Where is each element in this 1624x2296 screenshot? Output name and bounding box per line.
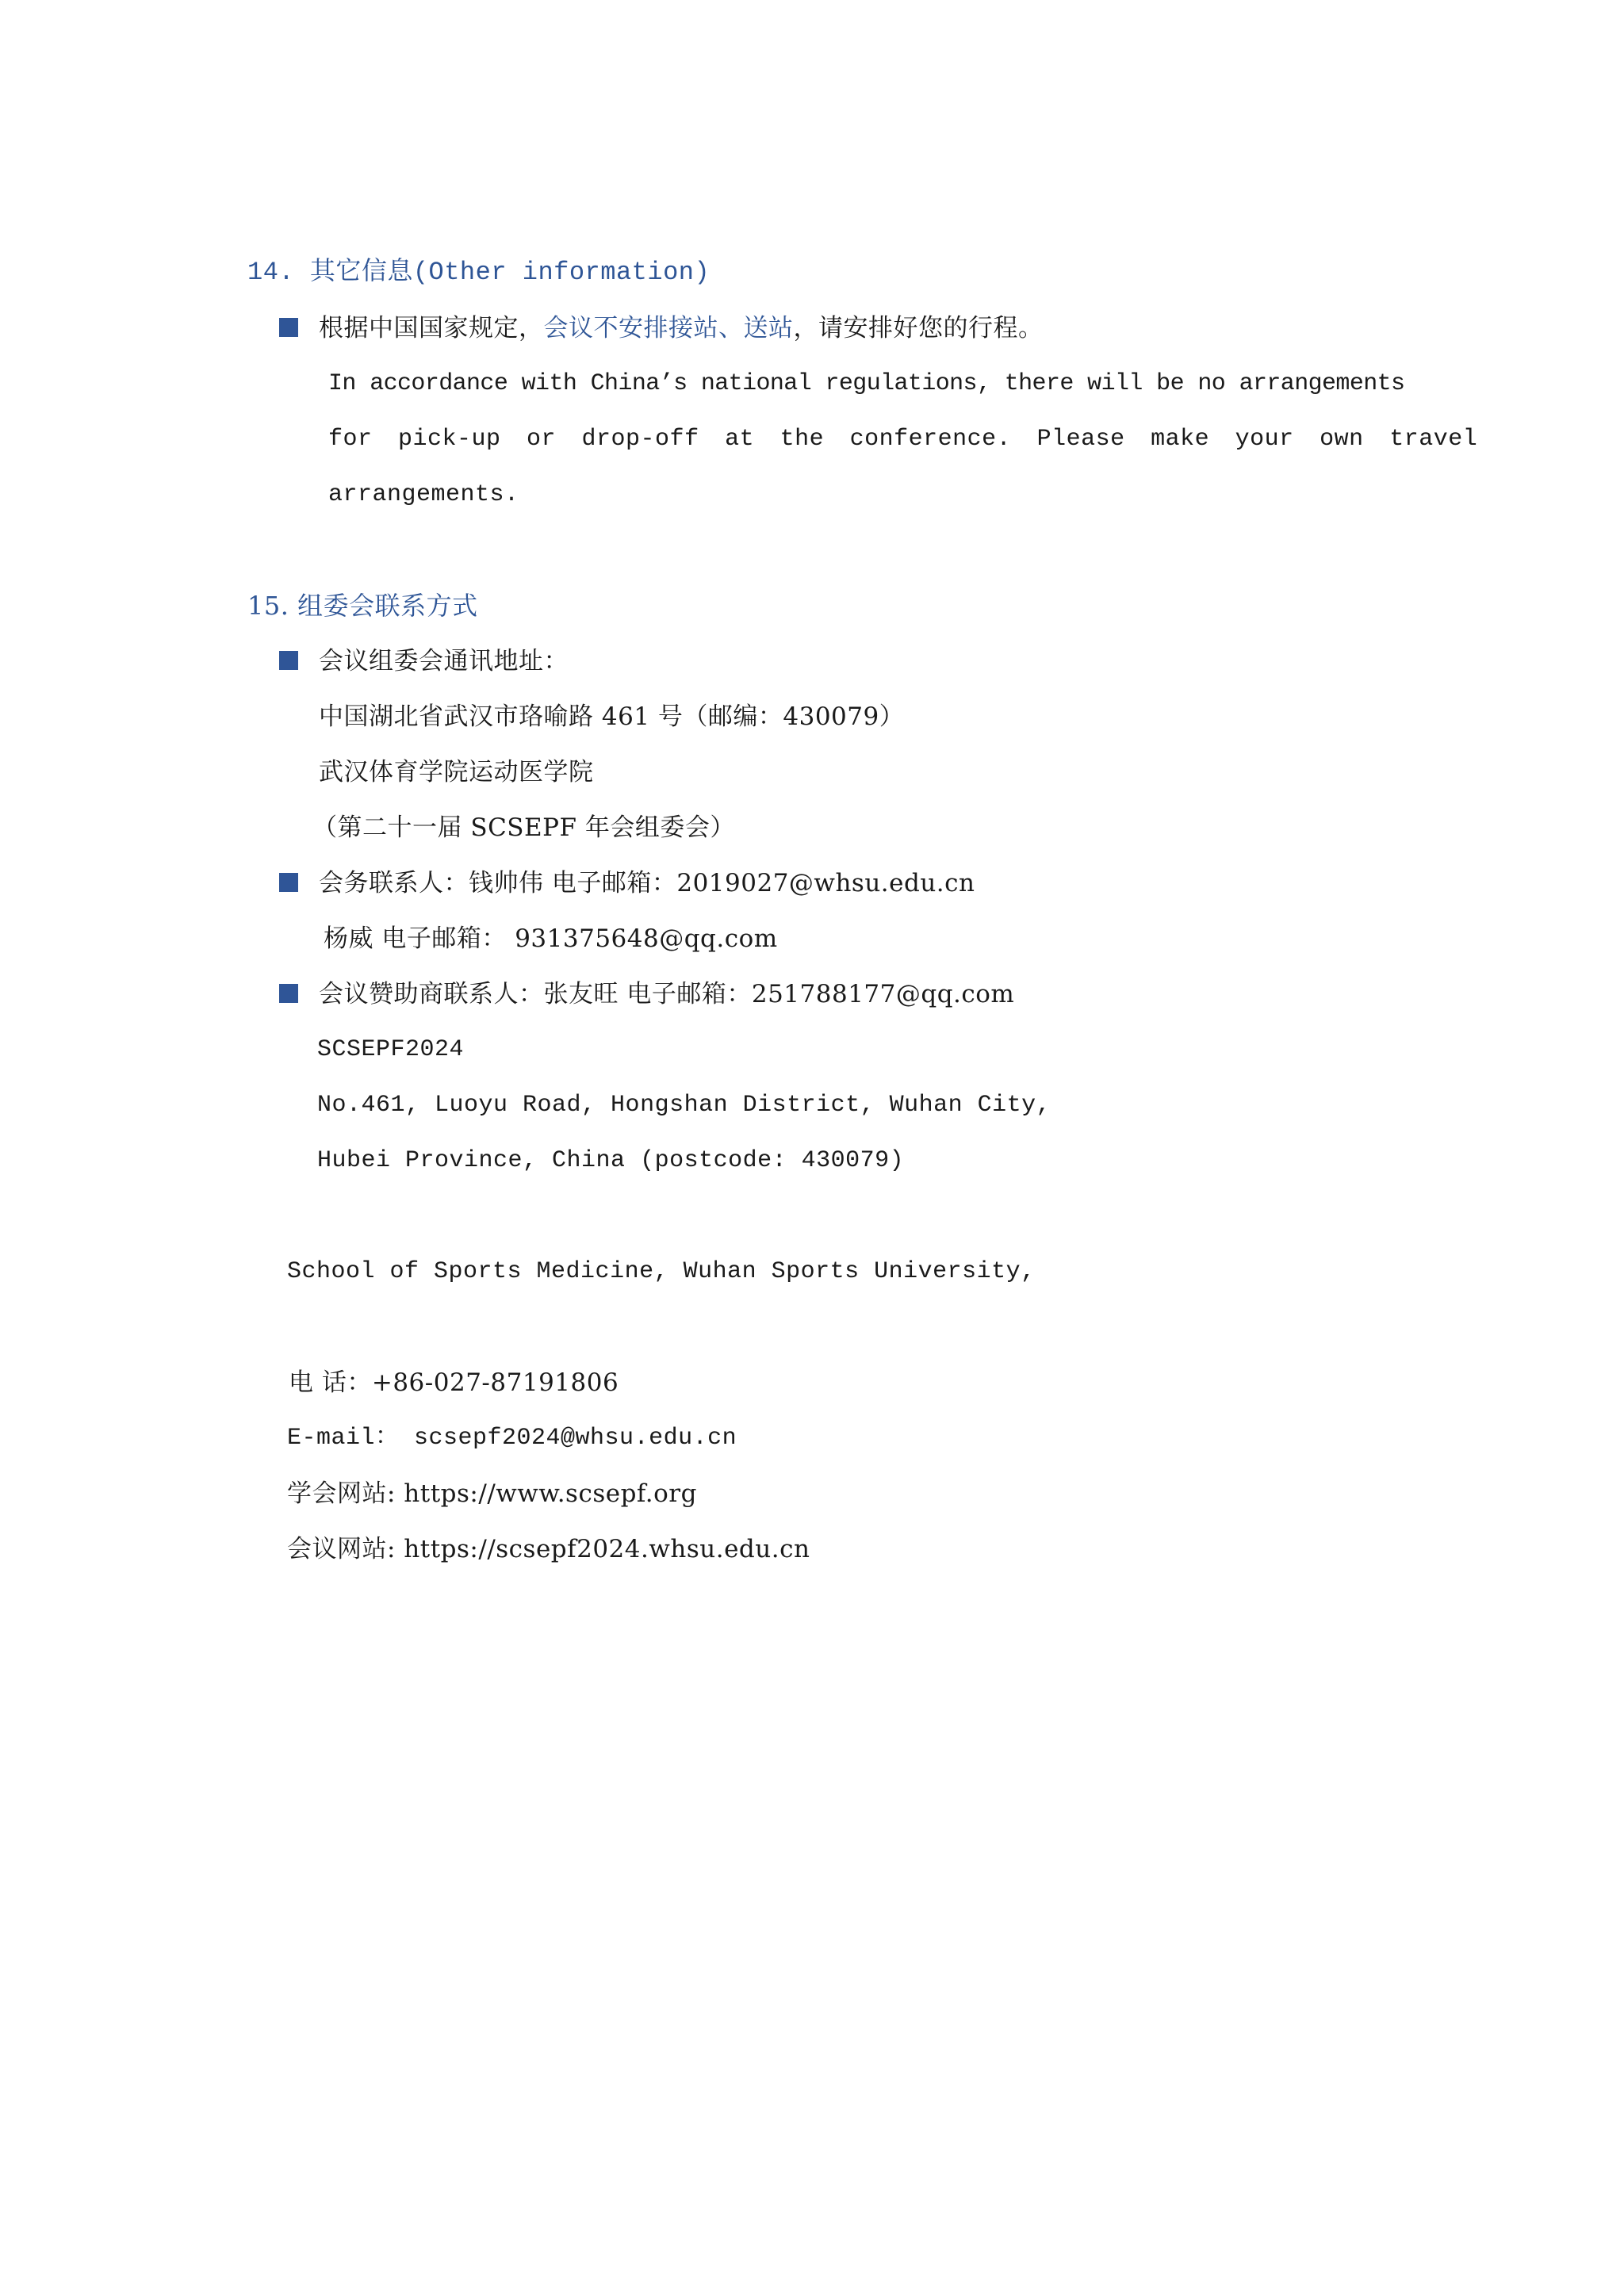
english-notice-line-1: In accordance with China’s national regu… <box>328 368 1404 400</box>
address-line-2: 武汉体育学院运动医学院 <box>319 756 594 788</box>
english-address-line-1: SCSEPF2024 <box>317 1034 464 1066</box>
phone-line: 电 话：+86-027-87191806 <box>289 1367 619 1399</box>
address-line-1: 中国湖北省武汉市珞喻路 461 号（邮编：430079） <box>319 701 904 733</box>
email-line: E-mail： scsepf2024@whsu.edu.cn <box>287 1422 737 1454</box>
school-name: School of Sports Medicine, Wuhan Sports … <box>287 1256 1036 1288</box>
section-14-bullet: 根据中国国家规定，会议不安排接站、送站，请安排好您的行程。 <box>279 312 1044 344</box>
square-bullet-icon <box>279 318 298 337</box>
document-page: 14. 其它信息(Other information) 根据中国国家规定，会议不… <box>0 0 1624 2296</box>
address-label-bullet: 会议组委会通讯地址： <box>279 645 569 677</box>
address-line-3: （第二十一届 SCSEPF 年会组委会） <box>312 812 735 844</box>
sponsor-contact-bullet: 会议赞助商联系人：张友旺 电子邮箱：251788177@qq.com <box>279 978 1014 1010</box>
english-notice-line-2: for pick-up or drop-off at the conferenc… <box>328 423 1477 455</box>
square-bullet-icon <box>279 873 298 892</box>
english-address-line-2: No.461, Luoyu Road, Hongshan District, W… <box>317 1089 1051 1121</box>
society-website-line[interactable]: 学会网站: https://www.scsepf.org <box>287 1478 697 1510</box>
contact-1-text: 会务联系人：钱帅伟 电子邮箱：2019027@whsu.edu.cn <box>319 869 975 897</box>
sponsor-contact-text: 会议赞助商联系人：张友旺 电子邮箱：251788177@qq.com <box>319 980 1014 1008</box>
bullet-text-suffix: ，请安排好您的行程。 <box>794 314 1044 342</box>
square-bullet-icon <box>279 984 298 1003</box>
address-label: 会议组委会通讯地址： <box>319 647 569 675</box>
english-address-line-3: Hubei Province, China (postcode: 430079) <box>317 1145 904 1177</box>
section-14-heading: 14. 其它信息(Other information) <box>247 257 710 289</box>
bullet-text-prefix: 根据中国国家规定， <box>319 314 544 342</box>
conference-website-line[interactable]: 会议网站: https://scsepf2024.whsu.edu.cn <box>287 1533 810 1565</box>
english-notice-line-3: arrangements. <box>328 479 519 511</box>
contact-bullet-1: 会务联系人：钱帅伟 电子邮箱：2019027@whsu.edu.cn <box>279 867 975 899</box>
section-15-heading: 15. 组委会联系方式 <box>247 590 478 622</box>
contact-2-text: 杨威 电子邮箱： 931375648@qq.com <box>324 923 778 955</box>
square-bullet-icon <box>279 651 298 670</box>
bullet-text-highlight: 会议不安排接站、送站 <box>544 314 794 342</box>
